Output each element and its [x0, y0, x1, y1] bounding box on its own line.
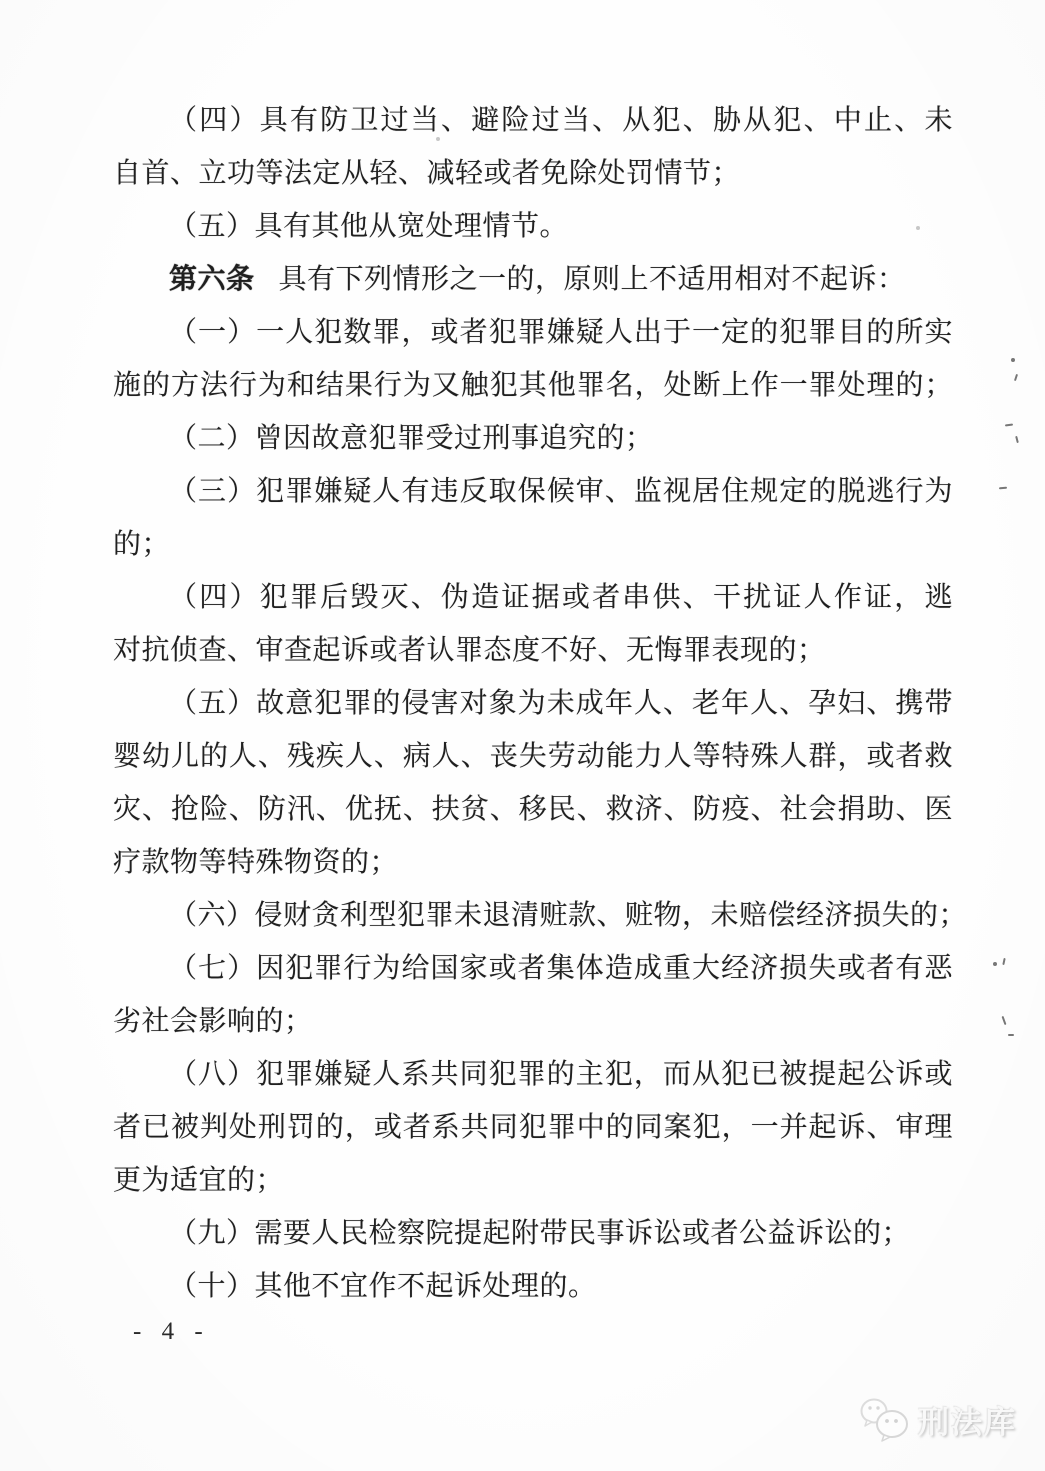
- article-text: 具有下列情形之一的，原则上不适用相对不起诉：: [279, 264, 906, 295]
- text-line: 更为适宜的；: [113, 1154, 953, 1207]
- text-line: （十）其他不宜作不起诉处理的。: [113, 1260, 953, 1313]
- scan-speck: [1011, 358, 1015, 362]
- text-line: （八）犯罪嫌疑人系共同犯罪的主犯，而从犯已被提起公诉或: [113, 1048, 953, 1101]
- text-line: （五）具有其他从宽处理情节。: [113, 200, 953, 253]
- text-line: 施的方法行为和结果行为又触犯其他罪名，处断上作一罪处理的；: [113, 359, 953, 412]
- text-line: （七）因犯罪行为给国家或者集体造成重大经济损失或者有恶: [113, 942, 953, 995]
- scan-speck: [916, 226, 920, 230]
- article-number-label: 第六条: [169, 264, 255, 295]
- text-line: 劣社会影响的；: [113, 995, 953, 1048]
- text-line: 者已被判处刑罚的，或者系共同犯罪中的同案犯，一并起诉、审理: [113, 1101, 953, 1154]
- scan-speck: [1008, 1034, 1014, 1036]
- scan-speck: [1015, 436, 1019, 443]
- text-line: 对抗侦查、审查起诉或者认罪态度不好、无悔罪表现的；: [113, 624, 953, 677]
- watermark: 刑法库: [859, 1396, 1017, 1442]
- text-line: （一）一人犯数罪，或者犯罪嫌疑人出于一定的犯罪目的所实: [113, 306, 953, 359]
- text-line: 自首、立功等法定从轻、减轻或者免除处罚情节；: [113, 147, 953, 200]
- page-number: - 4 -: [133, 1318, 210, 1346]
- text-line: （六）侵财贪利型犯罪未退清赃款、赃物，未赔偿经济损失的；: [113, 889, 953, 942]
- text-line: （九）需要人民检察院提起附带民事诉讼或者公益诉讼的；: [113, 1207, 953, 1260]
- scanned-document-page: （四）具有防卫过当、避险过当、从犯、胁从犯、中止、未遂、 自首、立功等法定从轻、…: [0, 0, 1045, 1471]
- scan-speck: [993, 962, 997, 966]
- scan-speck: [1014, 374, 1018, 381]
- document-body: （四）具有防卫过当、避险过当、从犯、胁从犯、中止、未遂、 自首、立功等法定从轻、…: [113, 94, 953, 1313]
- scan-speck: [1002, 958, 1005, 965]
- scan-speck: [1005, 423, 1013, 426]
- wechat-icon: [859, 1396, 911, 1442]
- scan-speck: [1002, 1016, 1007, 1025]
- text-line: 灾、抢险、防汛、优抚、扶贫、移民、救济、防疫、社会捐助、医: [113, 783, 953, 836]
- text-line: （三）犯罪嫌疑人有违反取保候审、监视居住规定的脱逃行为: [113, 465, 953, 518]
- text-line: 疗款物等特殊物资的；: [113, 836, 953, 889]
- text-line: （四）犯罪后毁灭、伪造证据或者串供、干扰证人作证，逃避、: [113, 571, 953, 624]
- text-line: （二）曾因故意犯罪受过刑事追究的；: [113, 412, 953, 465]
- text-line: 婴幼儿的人、残疾人、病人、丧失劳动能力人等特殊人群，或者救: [113, 730, 953, 783]
- scan-speck: [436, 137, 440, 141]
- text-line: 的；: [113, 518, 953, 571]
- text-line: （五）故意犯罪的侵害对象为未成年人、老年人、孕妇、携带: [113, 677, 953, 730]
- watermark-label: 刑法库: [918, 1397, 1017, 1442]
- text-line: （四）具有防卫过当、避险过当、从犯、胁从犯、中止、未遂、: [113, 94, 953, 147]
- text-line-article-6: 第六条具有下列情形之一的，原则上不适用相对不起诉：: [113, 253, 953, 306]
- scan-speck: [999, 487, 1007, 490]
